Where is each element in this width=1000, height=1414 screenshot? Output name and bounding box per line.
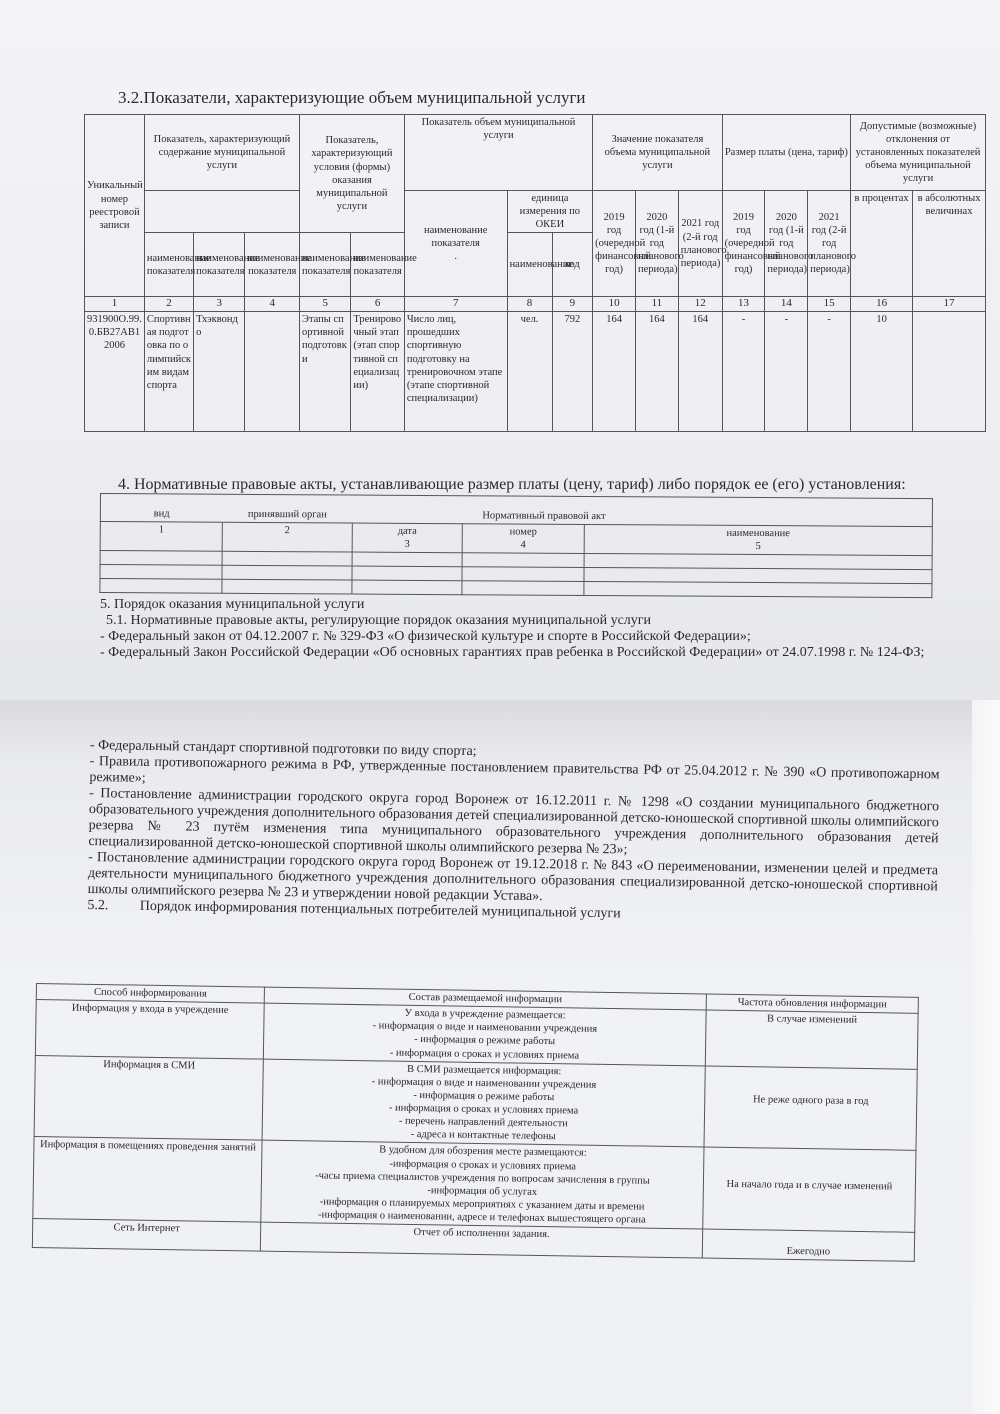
info-frequency: В случае изменений bbox=[705, 1010, 918, 1069]
header-deviations: Допустимые (возможные) отклонения от уст… bbox=[851, 115, 986, 191]
cell-unit-code: 792 bbox=[552, 312, 593, 432]
header-volume-indicator: Показатель объем муниципальной услуги bbox=[404, 115, 592, 191]
cell-content-1: Спортивная подготовка по олимпийским вид… bbox=[144, 312, 193, 432]
table-row: Информация в СМИ В СМИ размещается инфор… bbox=[34, 1055, 917, 1151]
paper-edge bbox=[972, 700, 1000, 1414]
col-num: 11 bbox=[635, 297, 678, 312]
legal-acts-col-type: вид bbox=[100, 506, 222, 522]
col-num: 10 bbox=[593, 297, 636, 312]
legal-acts-num-1: 1 bbox=[100, 522, 222, 552]
header-content-indicator: Показатель, характеризующий содержание м… bbox=[144, 115, 299, 191]
legal-acts-date-label: дата bbox=[398, 526, 417, 537]
info-method: Информация у входа в учреждение bbox=[35, 1000, 264, 1059]
header-okei-name: наименование bbox=[507, 233, 552, 297]
info-method: Информация в помещениях проведения занят… bbox=[33, 1137, 262, 1222]
info-content: В удобном для обозрения месте размещаютс… bbox=[261, 1140, 704, 1229]
col-num: 1 bbox=[85, 297, 145, 312]
legal-acts-number-label: номер bbox=[510, 527, 537, 538]
cell-conditions-1: Этапы спортивной подготовки bbox=[300, 312, 351, 432]
col-num: 16 bbox=[851, 297, 913, 312]
information-table: Способ информирования Состав размещаемой… bbox=[32, 983, 919, 1262]
cell-indicator-name: Число лиц, прошедших спортивную подготов… bbox=[404, 312, 507, 432]
legal-acts-col-authority: принявший орган bbox=[222, 507, 352, 523]
legal-acts-col-date: дата3 bbox=[352, 523, 462, 553]
header-conditions-name-1: наименование показателя bbox=[300, 233, 351, 297]
cell-fee-2019: - bbox=[722, 312, 765, 432]
info-method: Информация в СМИ bbox=[34, 1055, 263, 1140]
legal-acts-col-name: наименование5 bbox=[584, 525, 932, 556]
header-conditions-name-2: наименование показателя bbox=[351, 233, 405, 297]
cell-deviation-percent: 10 bbox=[851, 312, 913, 432]
header-okei-unit: единица измерения по ОКЕИ bbox=[507, 191, 593, 233]
info-content: Отчет об исполнении задания. bbox=[260, 1222, 702, 1258]
section-5-continued: - Федеральный стандарт спортивной подгот… bbox=[87, 738, 940, 927]
indicator-name-label: наименование показателя bbox=[424, 225, 487, 249]
header-volume-2021: 2021 год (2-й год планового периода) bbox=[678, 191, 722, 297]
legal-acts-num-4: 4 bbox=[521, 540, 526, 551]
col-num: 13 bbox=[722, 297, 765, 312]
col-num: 6 bbox=[351, 297, 405, 312]
info-frequency: На начало года и в случае изменений bbox=[703, 1147, 916, 1232]
col-num: 14 bbox=[765, 297, 808, 312]
info-content: У входа в учреждение размещается: - инфо… bbox=[263, 1003, 706, 1065]
header-content-name-3: наименование показателя bbox=[245, 233, 300, 297]
col-num: 7 bbox=[404, 297, 507, 312]
col-num: 8 bbox=[507, 297, 552, 312]
table-row: 931900О.99.0.БВ27АВ12006 Спортивная подг… bbox=[85, 312, 986, 432]
header-content-spacer bbox=[144, 191, 299, 233]
header-content-name-1: наименование показателя bbox=[144, 233, 193, 297]
cell-deviation-absolute bbox=[913, 312, 986, 432]
cell-conditions-2: Тренировочный этап (этап спортивной спец… bbox=[351, 312, 405, 432]
col-num: 9 bbox=[552, 297, 593, 312]
cell-value-2019: 164 bbox=[593, 312, 636, 432]
section-3-2-title: 3.2.Показатели, характеризующие объем му… bbox=[118, 88, 586, 108]
cell-content-2: Тхэквондо bbox=[194, 312, 245, 432]
legal-acts-col-number: номер4 bbox=[462, 524, 584, 554]
legal-act-item: - Федеральный закон от 04.12.2007 г. № 3… bbox=[100, 629, 960, 645]
cell-unit-name: чел. bbox=[507, 312, 552, 432]
legal-acts-table: вид принявший орган Нормативный правовой… bbox=[99, 493, 933, 598]
header-conditions-indicator: Показатель, характеризующий условия (фор… bbox=[300, 115, 405, 233]
cell-value-2020: 164 bbox=[635, 312, 678, 432]
header-fee-2019: 2019 год (очередной финансовый год) bbox=[722, 191, 765, 297]
col-num: 2 bbox=[144, 297, 193, 312]
section-4-title: 4. Нормативные правовые акты, устанавлив… bbox=[118, 476, 906, 494]
cell-content-3 bbox=[245, 312, 300, 432]
cell-unique-number: 931900О.99.0.БВ27АВ12006 bbox=[85, 312, 145, 432]
legal-acts-name-label: наименование bbox=[726, 528, 790, 539]
cell-value-2021: 164 bbox=[678, 312, 722, 432]
volume-indicators-table: Уникальный номер реестровой записи Показ… bbox=[84, 114, 986, 432]
section-5-block: 5. Порядок оказания муниципальной услуги… bbox=[100, 597, 960, 661]
header-volume-2019: 2019 год (очередной финансовый год) bbox=[593, 191, 636, 297]
section-5-2-number: 5.2. bbox=[87, 898, 108, 913]
section-5-title: 5. Порядок оказания муниципальной услуги bbox=[100, 597, 960, 613]
col-num: 17 bbox=[913, 297, 986, 312]
header-in-absolute: в абсолютных величинах bbox=[913, 191, 986, 297]
info-method: Сеть Интернет bbox=[32, 1219, 260, 1252]
header-fee: Размер платы (цена, тариф) bbox=[722, 115, 850, 191]
header-content-name-2: наименование показателя bbox=[194, 233, 245, 297]
col-num: 12 bbox=[678, 297, 722, 312]
header-volume-value: Значение показателя объема муниципальной… bbox=[593, 115, 722, 191]
info-content: В СМИ размещается информация: - информац… bbox=[262, 1059, 705, 1148]
column-numbers-row: 1 2 3 4 5 6 7 8 9 10 11 12 13 14 15 16 1… bbox=[85, 297, 986, 312]
cell-fee-2020: - bbox=[765, 312, 808, 432]
table-row: Информация в помещениях проведения занят… bbox=[33, 1137, 916, 1233]
header-unique-number: Уникальный номер реестровой записи bbox=[85, 115, 145, 297]
dot-mark: . bbox=[454, 251, 457, 262]
section-5-1-title: 5.1. Нормативные правовые акты, регулиру… bbox=[100, 613, 960, 629]
col-num: 15 bbox=[808, 297, 851, 312]
legal-act-item: - Федеральный Закон Российской Федерации… bbox=[100, 645, 950, 661]
cell-fee-2021: - bbox=[808, 312, 851, 432]
header-in-percent: в процентах bbox=[851, 191, 913, 297]
col-num: 3 bbox=[194, 297, 245, 312]
legal-acts-num-5: 5 bbox=[756, 541, 761, 552]
col-num: 4 bbox=[245, 297, 300, 312]
col-num: 5 bbox=[300, 297, 351, 312]
legal-acts-num-3: 3 bbox=[405, 539, 410, 550]
info-frequency: Не реже одного раза в год bbox=[704, 1066, 917, 1151]
legal-acts-num-2: 2 bbox=[222, 522, 352, 552]
info-frequency: Ежегодно bbox=[702, 1229, 914, 1261]
header-fee-2021: 2021 год (2-й год планового периода) bbox=[808, 191, 851, 297]
header-indicator-name: наименование показателя . bbox=[404, 191, 507, 297]
